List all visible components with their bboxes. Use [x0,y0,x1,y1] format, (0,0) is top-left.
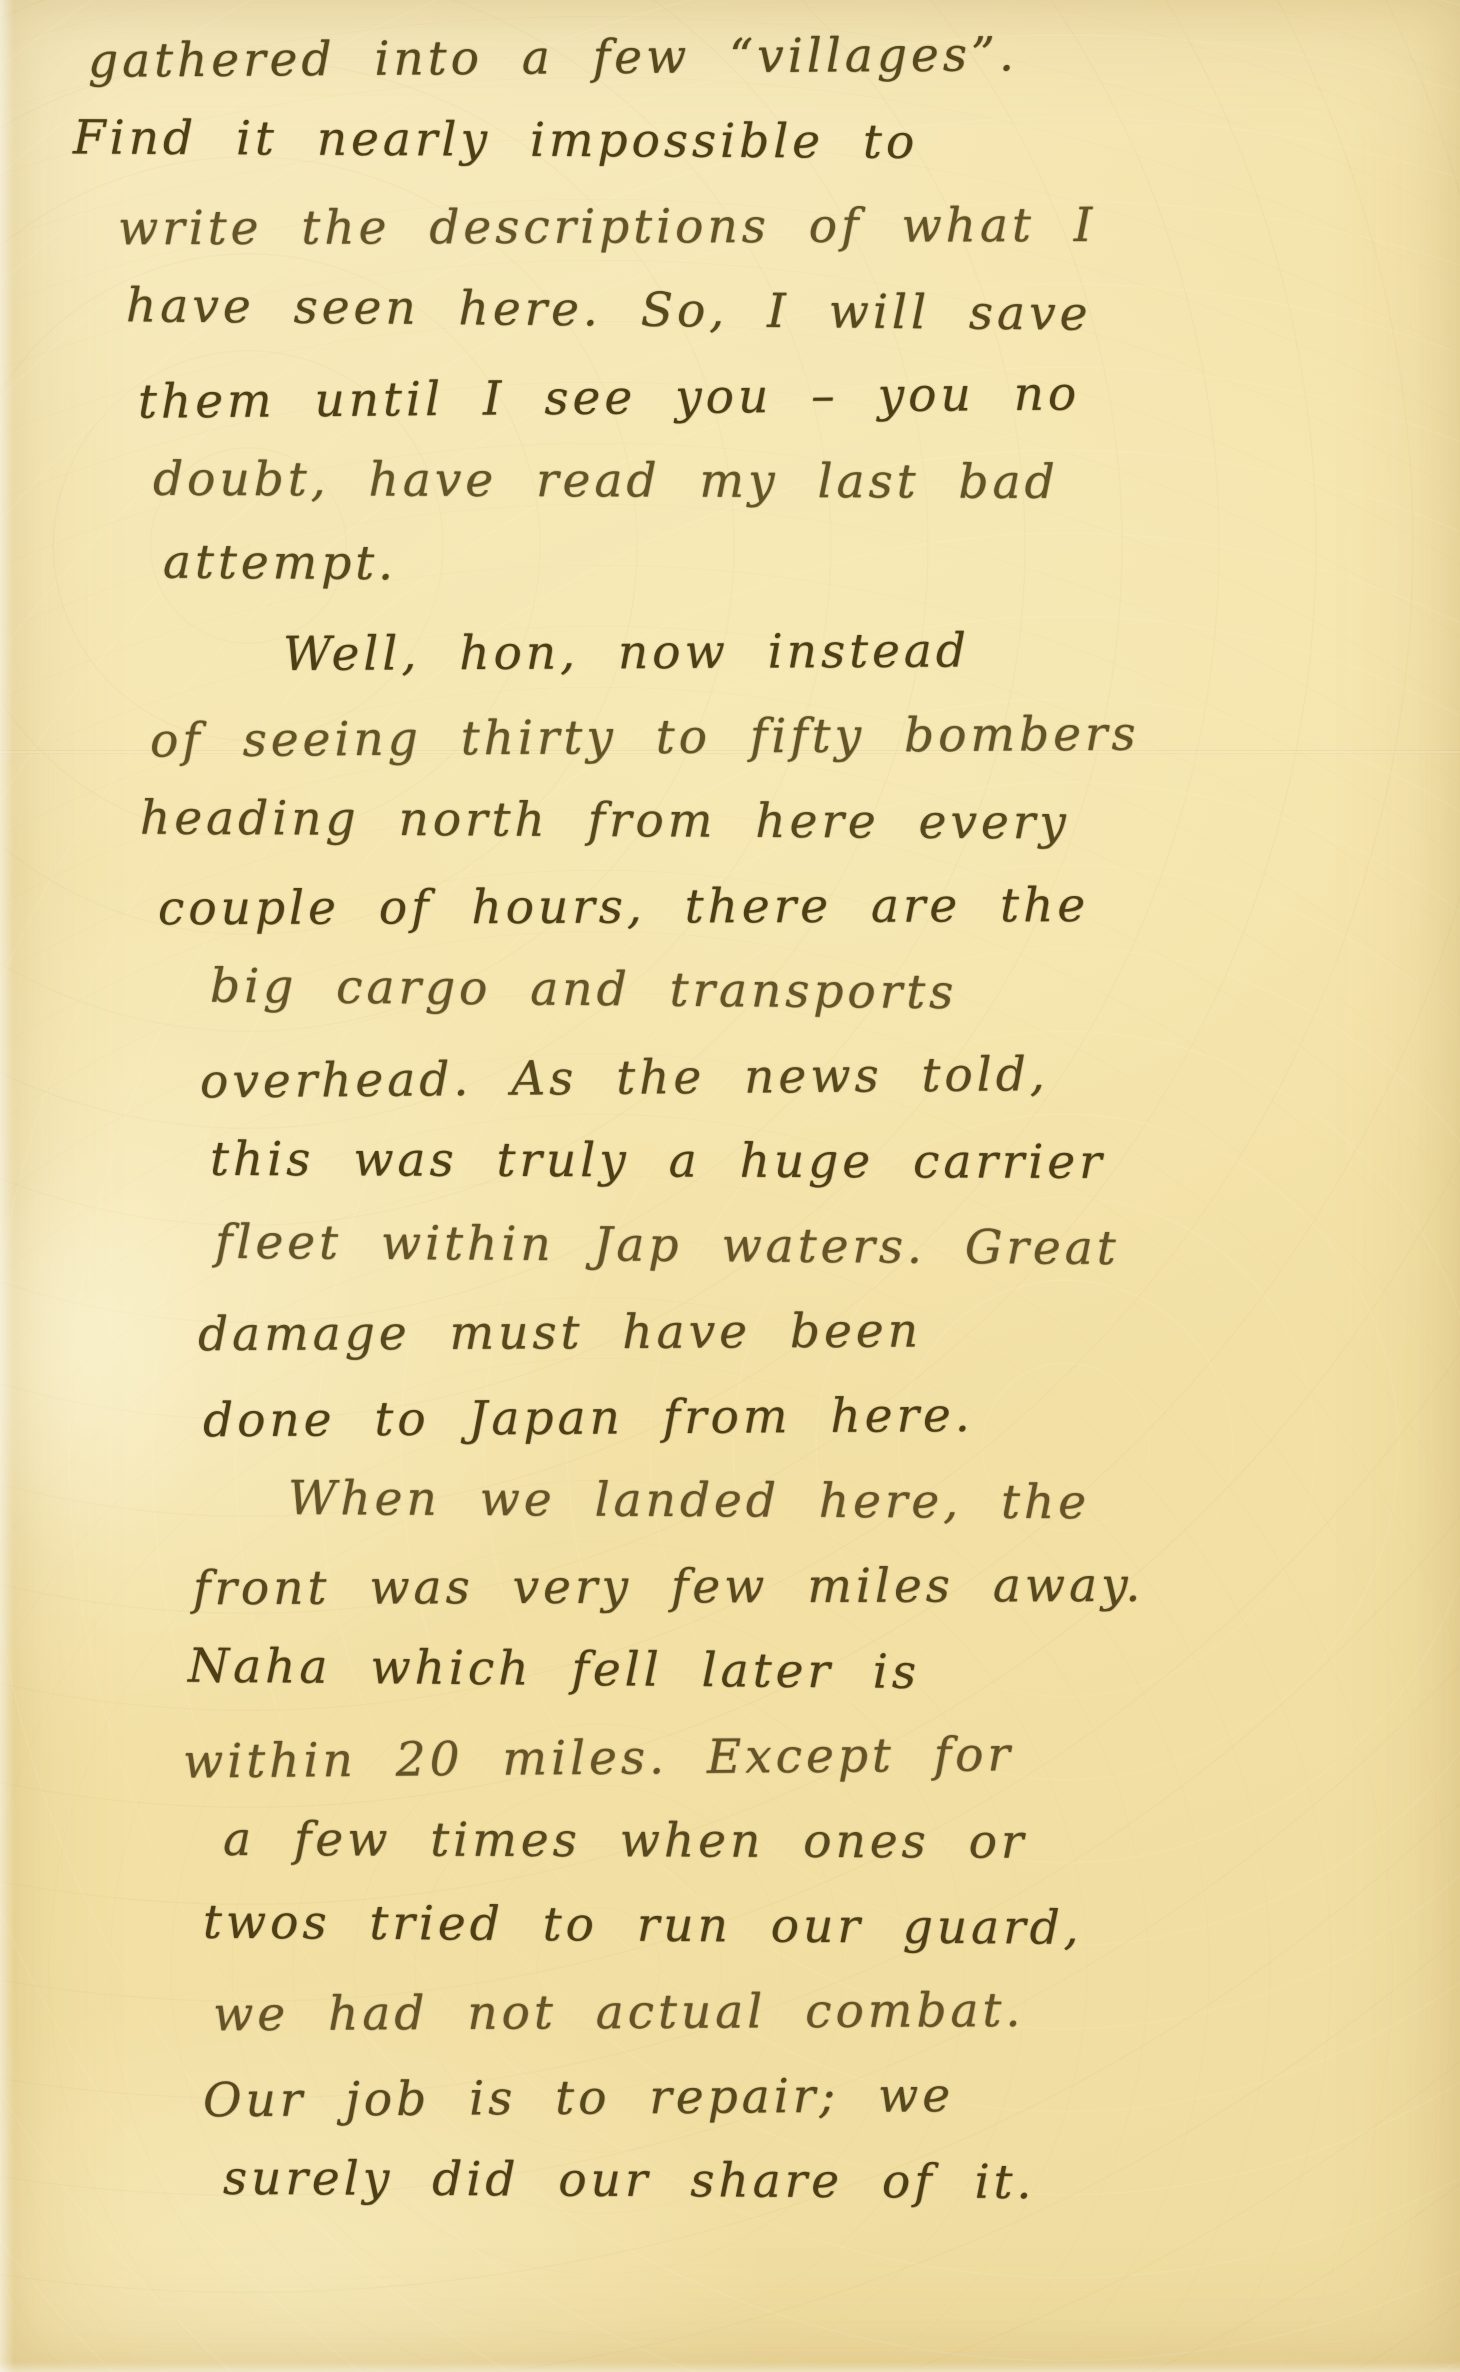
letter-line: damage must have been [198,1286,1434,1377]
letter-line: overhead. As the news told, [200,1029,1435,1125]
letter-line: twos tried to run our guard, [203,1880,1435,1974]
letter-line: Find it nearly impossible to [73,95,1434,187]
letter-line: front was very few miles away. [193,1542,1434,1631]
letter-line: Well, hon, now instead [283,606,1434,697]
letter-line: Our job is to repair; we [203,2050,1435,2144]
letter-line: Naha which fell later is [188,1624,1435,1720]
letter-line: them until I see you – you no [138,348,1435,444]
letter-line: big cargo and transports [210,944,1435,1040]
letter-line: we had not actual combat. [213,1966,1434,2057]
letter-line: a few times when ones or [223,1797,1434,1886]
letter-line: When we landed here, the [288,1456,1434,1547]
letter-line: done to Japan from here. [203,1370,1435,1464]
letter-line: within 20 miles. Except for [183,1709,1435,1805]
letter-line: attempt. [163,520,1435,614]
letter-line: doubt, have read my last bad [153,437,1434,526]
letter-line: couple of hours, there are the [158,862,1434,951]
letter-line: of seeing thirty to fifty bombers [150,690,1435,784]
letter-line: fleet within Jap waters. Great [215,1200,1435,1294]
letter-line: heading north from here every [140,776,1434,868]
paper-edge-left [0,0,14,2372]
letter-line: have seen here. So, I will save [126,263,1435,359]
letter-line: this was truly a huge carrier [210,1117,1434,1206]
letter-page: gathered into a few “villages”.Find it n… [0,0,1460,2372]
letter-line: write the descriptions of what I [118,182,1434,272]
letter-text: gathered into a few “villages”.Find it n… [168,14,1434,2224]
paper-edge-bottom [0,2362,1460,2372]
letter-line: surely did our share of it. [223,2136,1434,2227]
letter-line: gathered into a few “villages”. [88,9,1435,103]
